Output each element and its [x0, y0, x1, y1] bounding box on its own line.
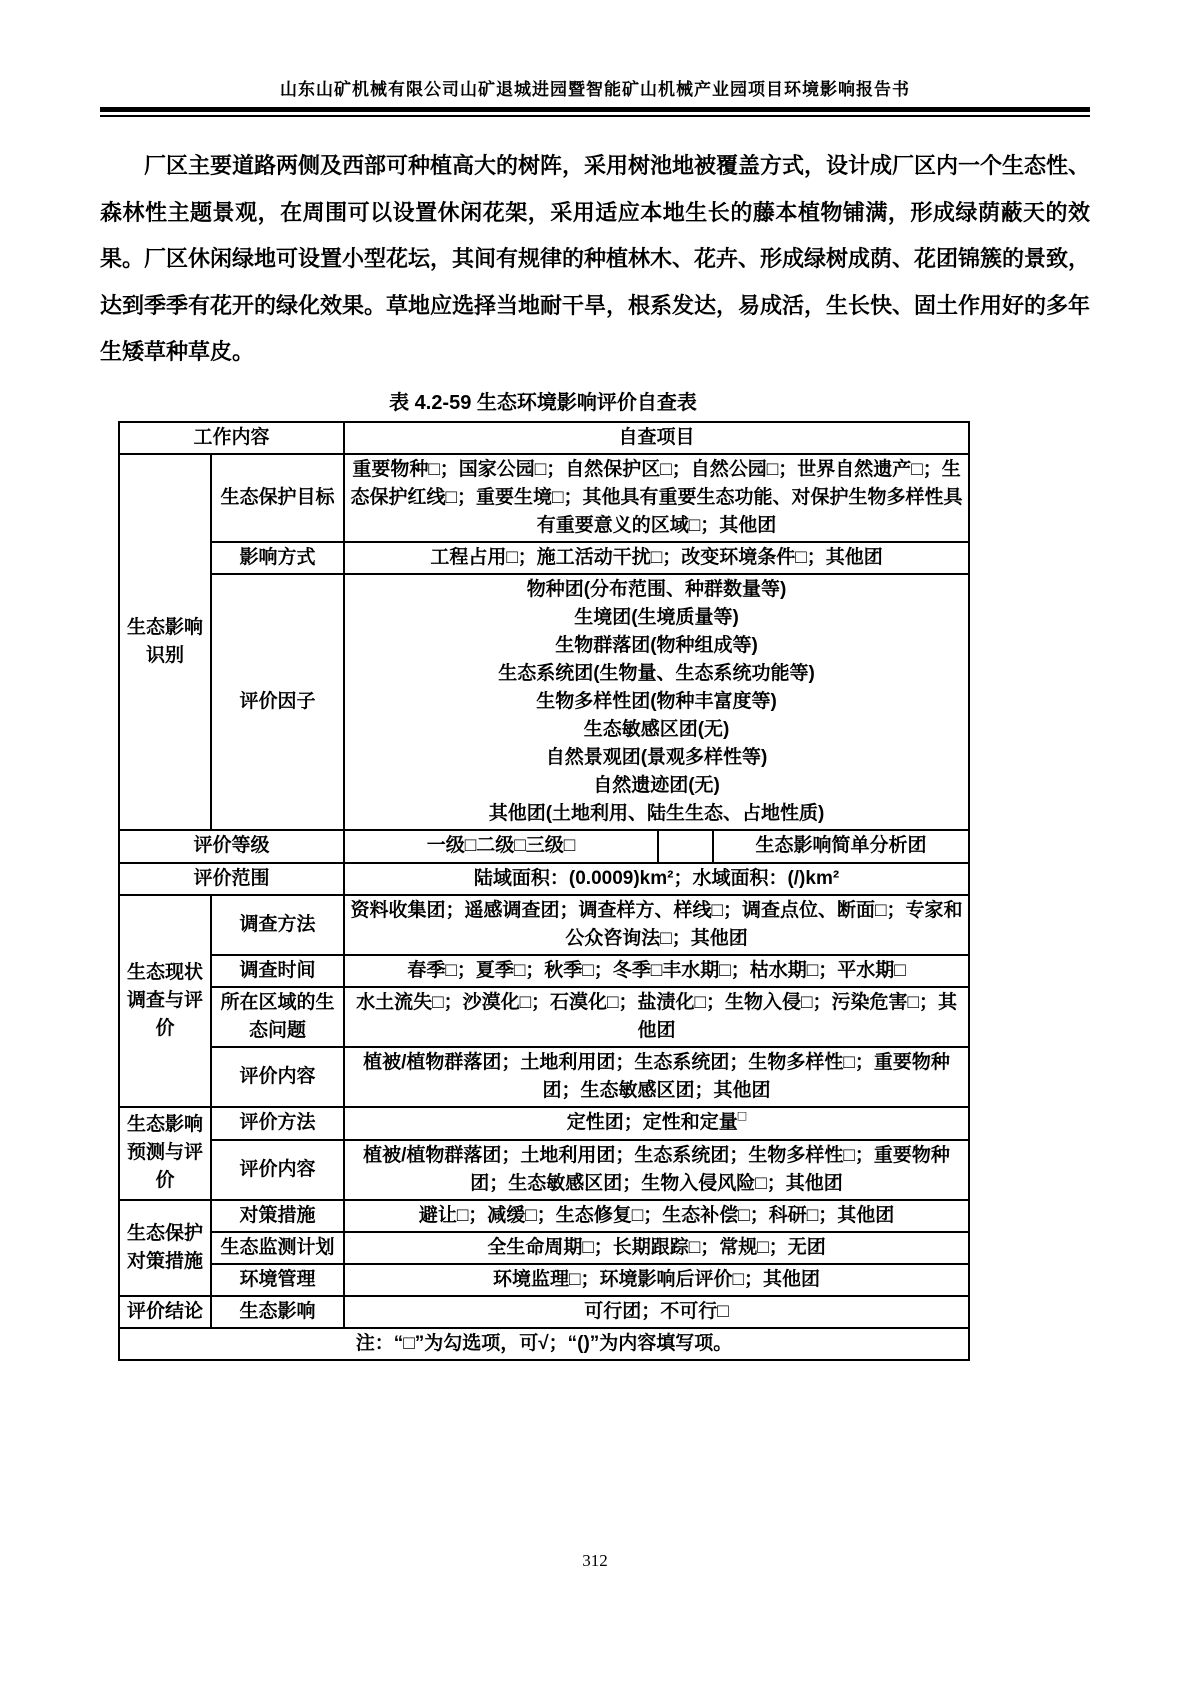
- table-row: 调查时间 春季□；夏季□；秋季□；冬季□丰水期□；枯水期□；平水期□: [119, 955, 969, 987]
- label-env-management: 环境管理: [211, 1264, 344, 1296]
- label-status-eval-content: 评价内容: [211, 1047, 344, 1107]
- label-regional-problems: 所在区域的生态问题: [211, 987, 344, 1047]
- header-self-check-items: 自查项目: [344, 422, 969, 454]
- cell-impact-mode: 工程占用□；施工活动干扰□；改变环境条件□；其他团: [344, 542, 969, 574]
- cell-eval-level-options: 一级□二级□三级□: [344, 830, 658, 863]
- table-row: 评价等级 一级□二级□三级□ 生态影响简单分析团: [119, 830, 969, 863]
- eco-selfcheck-table: 工作内容 自查项目 生态影响识别 生态保护目标 重要物种□；国家公园□；自然保护…: [118, 421, 970, 1361]
- label-prediction-eval-content: 评价内容: [211, 1140, 344, 1200]
- cell-protection-target: 重要物种□；国家公园□；自然保护区□；自然公园□；世界自然遗产□；生态保护红线□…: [344, 454, 969, 542]
- cell-prediction-eval-content: 植被/植物群落团；土地利用团；生态系统团；生物多样性□；重要物种团；生态敏感区团…: [344, 1140, 969, 1200]
- eval-factor-line: 物种团(分布范围、种群数量等): [350, 576, 963, 604]
- cell-regional-problems: 水土流失□；沙漠化□；石漠化□；盐渍化□；生物入侵□；污染危害□；其他团: [344, 987, 969, 1047]
- eval-factor-line: 生态系统团(生物量、生态系统功能等): [350, 660, 963, 688]
- table-note: 注：“□”为勾选项，可√；“()”为内容填写项。: [119, 1328, 969, 1360]
- header-work-content: 工作内容: [119, 422, 344, 454]
- label-countermeasures: 对策措施: [211, 1200, 344, 1232]
- section-label-eco-identification: 生态影响识别: [119, 454, 211, 830]
- table-row: 评价范围 陆域面积：(0.0009)km²；水域面积：(/)km²: [119, 863, 969, 895]
- table-row: 生态影响预测与评价 评价方法 定性团；定性和定量□: [119, 1107, 969, 1140]
- cell-eval-scope: 陆域面积：(0.0009)km²；水域面积：(/)km²: [344, 863, 969, 895]
- cell-status-eval-content: 植被/植物群落团；土地利用团；生态系统团；生物多样性□；重要物种团；生态敏感区团…: [344, 1047, 969, 1107]
- cell-eval-level-result: 生态影响简单分析团: [713, 830, 969, 863]
- table-header-row: 工作内容 自查项目: [119, 422, 969, 454]
- eval-factor-line: 其他团(土地利用、陆生生态、占地性质): [350, 800, 963, 828]
- cell-monitoring-plan: 全生命周期□；长期跟踪□；常规□；无团: [344, 1232, 969, 1264]
- page-number: 312: [0, 1551, 1190, 1571]
- cell-eval-method: 定性团；定性和定量□: [344, 1107, 969, 1140]
- table-row: 生态现状调查与评价 调查方法 资料收集团；遥感调查团；调查样方、样线□；调查点位…: [119, 895, 969, 955]
- table-row: 评价内容 植被/植物群落团；土地利用团；生态系统团；生物多样性□；重要物种团；生…: [119, 1047, 969, 1107]
- section-label-impact-prediction: 生态影响预测与评价: [119, 1107, 211, 1200]
- table-row: 影响方式 工程占用□；施工活动干扰□；改变环境条件□；其他团: [119, 542, 969, 574]
- eval-method-text: 定性团；定性和定量: [567, 1112, 738, 1133]
- label-monitoring-plan: 生态监测计划: [211, 1232, 344, 1264]
- eval-factor-line: 生物群落团(物种组成等): [350, 632, 963, 660]
- body-paragraph: 厂区主要道路两侧及西部可种植高大的树阵，采用树池地被覆盖方式，设计成厂区内一个生…: [100, 143, 1090, 376]
- table-row: 评价内容 植被/植物群落团；土地利用团；生态系统团；生物多样性□；重要物种团；生…: [119, 1140, 969, 1200]
- label-impact-mode: 影响方式: [211, 542, 344, 574]
- eval-method-checkbox-sup: □: [738, 1108, 746, 1124]
- section-label-protection-measures: 生态保护对策措施: [119, 1200, 211, 1296]
- table-row: 评价因子 物种团(分布范围、种群数量等) 生境团(生境质量等) 生物群落团(物种…: [119, 574, 969, 830]
- eval-factor-line: 生境团(生境质量等): [350, 604, 963, 632]
- table-row: 环境管理 环境监理□；环境影响后评价□；其他团: [119, 1264, 969, 1296]
- document-page: 山东山矿机械有限公司山矿退城进园暨智能矿山机械产业园项目环境影响报告书 厂区主要…: [0, 0, 1190, 1683]
- cell-survey-time: 春季□；夏季□；秋季□；冬季□丰水期□；枯水期□；平水期□: [344, 955, 969, 987]
- label-eval-factors: 评价因子: [211, 574, 344, 830]
- eval-factor-line: 自然景观团(景观多样性等): [350, 744, 963, 772]
- table-caption: 表 4.2-59 生态环境影响评价自查表: [118, 386, 968, 415]
- label-conclusion-eco-impact: 生态影响: [211, 1296, 344, 1328]
- cell-countermeasures: 避让□；减缓□；生态修复□；生态补偿□；科研□；其他团: [344, 1200, 969, 1232]
- table-row: 生态影响识别 生态保护目标 重要物种□；国家公园□；自然保护区□；自然公园□；世…: [119, 454, 969, 542]
- cell-eval-factors: 物种团(分布范围、种群数量等) 生境团(生境质量等) 生物群落团(物种组成等) …: [344, 574, 969, 830]
- table-row: 评价结论 生态影响 可行团；不可行□: [119, 1296, 969, 1328]
- label-survey-method: 调查方法: [211, 895, 344, 955]
- eval-factor-line: 自然遗迹团(无): [350, 772, 963, 800]
- label-eval-level: 评价等级: [119, 830, 344, 863]
- table-note-row: 注：“□”为勾选项，可√；“()”为内容填写项。: [119, 1328, 969, 1360]
- cell-survey-method: 资料收集团；遥感调查团；调查样方、样线□；调查点位、断面□；专家和公众咨询法□；…: [344, 895, 969, 955]
- table-row: 生态保护对策措施 对策措施 避让□；减缓□；生态修复□；生态补偿□；科研□；其他…: [119, 1200, 969, 1232]
- cell-conclusion: 可行团；不可行□: [344, 1296, 969, 1328]
- eval-factor-line: 生物多样性团(物种丰富度等): [350, 688, 963, 716]
- label-survey-time: 调查时间: [211, 955, 344, 987]
- table-row: 生态监测计划 全生命周期□；长期跟踪□；常规□；无团: [119, 1232, 969, 1264]
- eval-factor-line: 生态敏感区团(无): [350, 716, 963, 744]
- table-row: 所在区域的生态问题 水土流失□；沙漠化□；石漠化□；盐渍化□；生物入侵□；污染危…: [119, 987, 969, 1047]
- label-protection-target: 生态保护目标: [211, 454, 344, 542]
- eval-level-empty-cell: [658, 830, 713, 863]
- document-header-title: 山东山矿机械有限公司山矿退城进园暨智能矿山机械产业园项目环境影响报告书: [100, 75, 1090, 100]
- section-label-status-survey: 生态现状调查与评价: [119, 895, 211, 1107]
- label-conclusion: 评价结论: [119, 1296, 211, 1328]
- cell-env-management: 环境监理□；环境影响后评价□；其他团: [344, 1264, 969, 1296]
- label-eval-scope: 评价范围: [119, 863, 344, 895]
- label-eval-method: 评价方法: [211, 1107, 344, 1140]
- header-double-rule: [100, 107, 1090, 117]
